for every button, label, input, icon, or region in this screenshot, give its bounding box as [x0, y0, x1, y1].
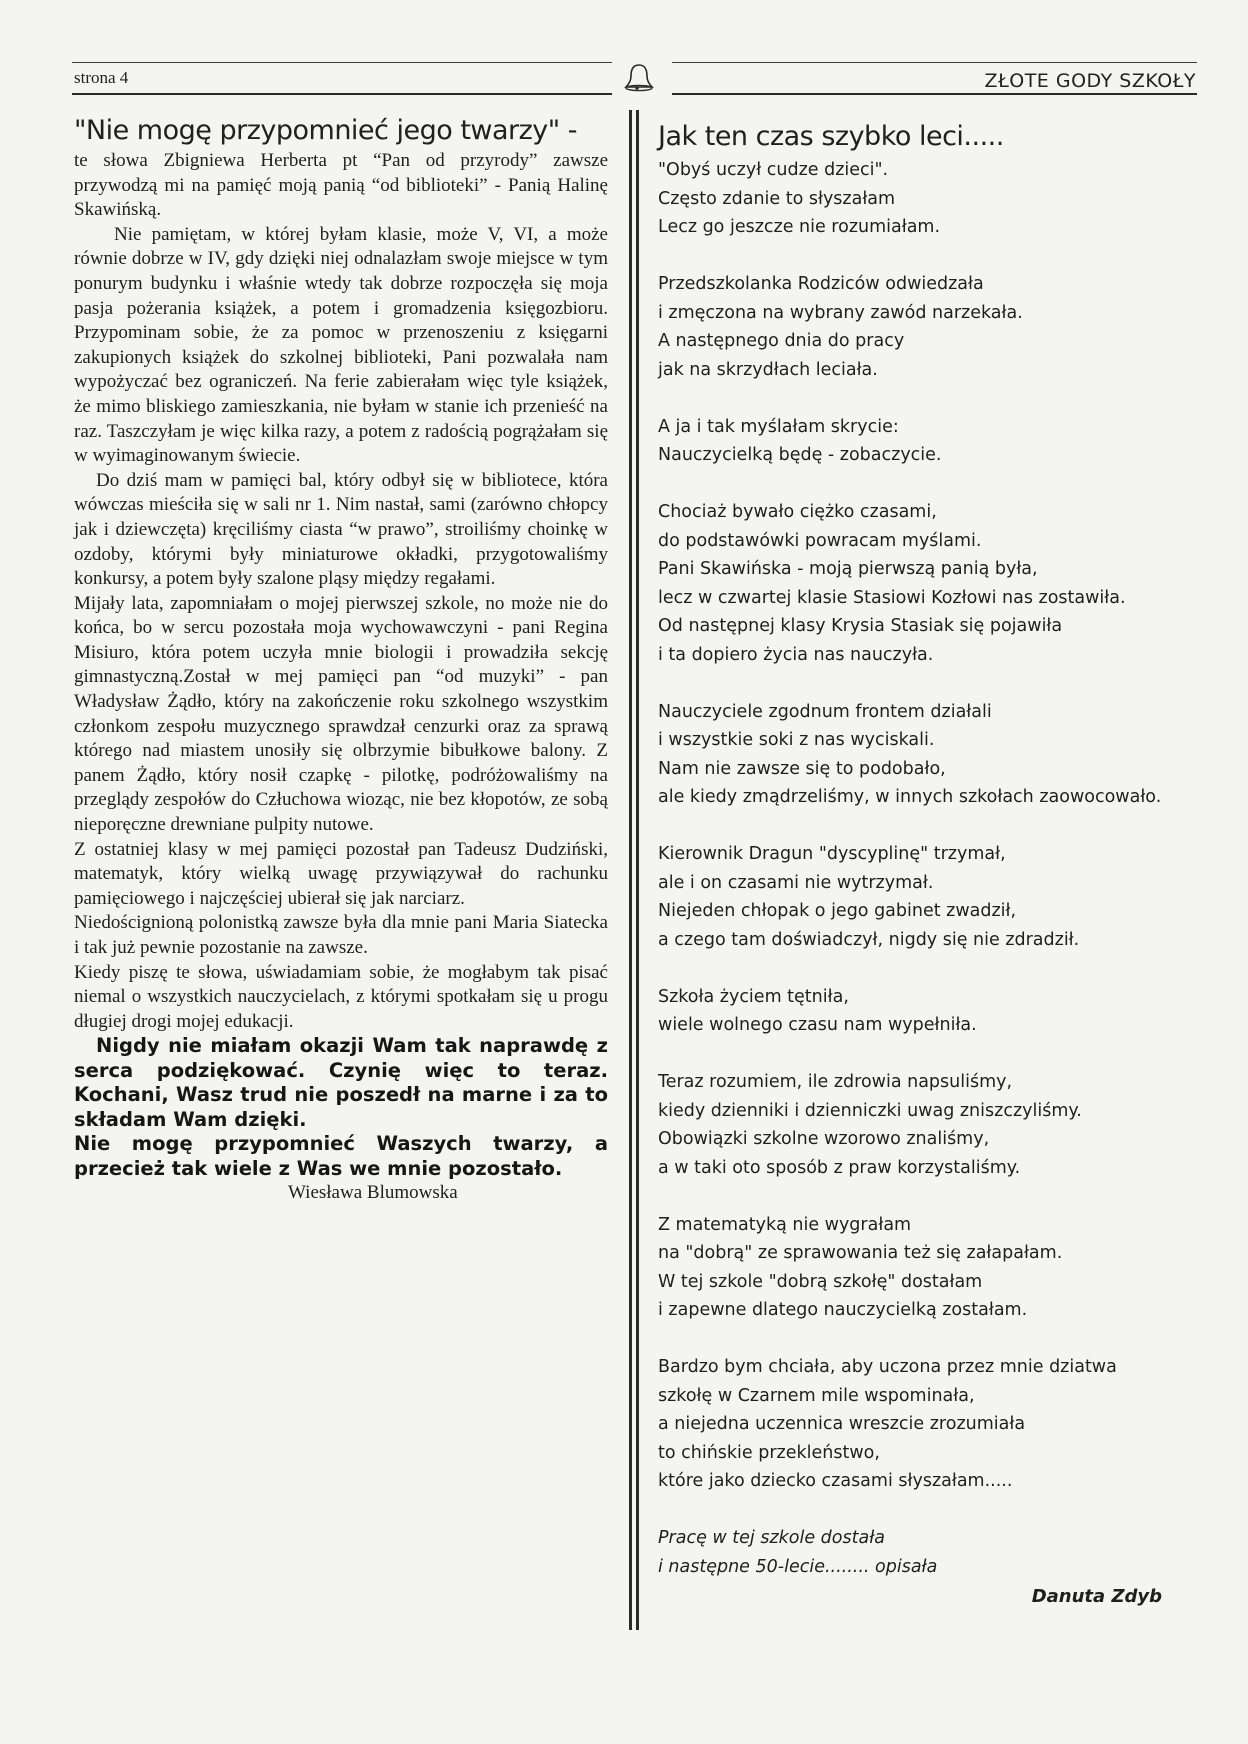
header-rule-top-right	[672, 62, 1197, 63]
poem-line: Teraz rozumiem, ile zdrowia napsuliśmy,	[658, 1068, 1218, 1097]
poem-stanza: "Obyś uczył cudze dzieci". Często zdanie…	[658, 156, 1218, 242]
poem-line: Szkoła życiem tętniła,	[658, 983, 1218, 1012]
article-closing-bold: Nie mogę przypomnieć Waszych twarzy, a p…	[74, 1132, 608, 1181]
poem-stanza: Nauczyciele zgodnum frontem działali i w…	[658, 698, 1218, 812]
poem-line: ale i on czasami nie wytrzymał.	[658, 869, 1218, 898]
article-closing-bold: Nigdy nie miałam okazji Wam tak naprawdę…	[74, 1034, 608, 1132]
poem-line: które jako dziecko czasami słyszałam....…	[658, 1467, 1218, 1496]
poem-line: to chińskie przekleństwo,	[658, 1439, 1218, 1468]
poem-line: Często zdanie to słyszałam	[658, 185, 1218, 214]
article-paragraph: te słowa Zbigniewa Herberta pt “Pan od p…	[74, 149, 608, 223]
poem-line: szkołę w Czarnem mile wspominała,	[658, 1382, 1218, 1411]
left-article: "Nie mogę przypomnieć jego twarzy" - te …	[74, 113, 608, 1206]
poem-line: a czego tam doświadczył, nigdy się nie z…	[658, 926, 1218, 955]
poem-closing-line: Pracę w tej szkole dostała	[658, 1524, 1218, 1553]
poem-line: W tej szkole "dobrą szkołę" dostałam	[658, 1268, 1218, 1297]
page-number: 4	[120, 68, 129, 87]
poem-line: Chociaż bywało ciężko czasami,	[658, 498, 1218, 527]
header-rule-bottom-left	[72, 93, 612, 95]
poem-line: Od następnej klasy Krysia Stasiak się po…	[658, 612, 1218, 641]
poem-line: A ja i tak myślałam skrycie:	[658, 413, 1218, 442]
poem-stanza: Przedszkolanka Rodziców odwiedzała i zmę…	[658, 270, 1218, 384]
publication-title: ZŁOTE GODY SZKOŁY	[985, 70, 1196, 92]
poem-line: a niejedna uczennica wreszcie zrozumiała	[658, 1410, 1218, 1439]
poem-stanza: Bardzo bym chciała, aby uczona przez mni…	[658, 1353, 1218, 1496]
poem-line: Lecz go jeszcze nie rozumiałam.	[658, 213, 1218, 242]
poem-line: kiedy dzienniki i dzienniczki uwag znisz…	[658, 1097, 1218, 1126]
newspaper-page: strona 4 ZŁOTE GODY SZKOŁY "Nie mogę prz…	[0, 0, 1248, 1744]
article-paragraph: Niedoścignioną polonistką zawsze była dl…	[74, 911, 608, 960]
poem-line: i zapewne dlatego nauczycielką zostałam.	[658, 1296, 1218, 1325]
poem-line: wiele wolnego czasu nam wypełniła.	[658, 1011, 1218, 1040]
poem-line: Kierownik Dragun "dyscyplinę" trzymał,	[658, 840, 1218, 869]
poem-stanza: Chociaż bywało ciężko czasami, do podsta…	[658, 498, 1218, 669]
poem-stanza: Z matematyką nie wygrałam na "dobrą" ze …	[658, 1211, 1218, 1325]
page-number-label: strona 4	[74, 68, 128, 88]
poem-line: jak na skrzydłach leciała.	[658, 356, 1218, 385]
poem-line: Przedszkolanka Rodziców odwiedzała	[658, 270, 1218, 299]
bell-icon	[622, 62, 656, 94]
poem-line: na "dobrą" ze sprawowania też się załapa…	[658, 1239, 1218, 1268]
poem-line: Pani Skawińska - moją pierwszą panią był…	[658, 555, 1218, 584]
poem-line: i ta dopiero życia nas nauczyła.	[658, 641, 1218, 670]
article-paragraph: Nie pamiętam, w której byłam klasie, moż…	[74, 223, 608, 469]
poem-line: a w taki oto sposób z praw korzystaliśmy…	[658, 1154, 1218, 1183]
poem-line: Nauczycielką będę - zobaczycie.	[658, 441, 1218, 470]
right-poem: Jak ten czas szybko leci..... "Obyś uczy…	[658, 120, 1218, 1612]
poem-line: lecz w czwartej klasie Stasiowi Kozłowi …	[658, 584, 1218, 613]
column-divider	[629, 110, 639, 1630]
header-rule-bottom-right	[672, 93, 1197, 95]
poem-line: i zmęczona na wybrany zawód narzekała.	[658, 299, 1218, 328]
article-paragraph: Kiedy piszę te słowa, uświadamiam sobie,…	[74, 961, 608, 1035]
poem-line: Obowiązki szkolne wzorowo znaliśmy,	[658, 1125, 1218, 1154]
poem-line: do podstawówki powracam myślami.	[658, 527, 1218, 556]
page-label-text: strona	[74, 68, 116, 87]
poem-line: A następnego dnia do pracy	[658, 327, 1218, 356]
article-author: Wiesława Blumowska	[74, 1181, 608, 1206]
poem-line: Z matematyką nie wygrałam	[658, 1211, 1218, 1240]
article-paragraph: Do dziś mam w pamięci bal, który odbył s…	[74, 469, 608, 592]
poem-stanza: A ja i tak myślałam skrycie: Nauczycielk…	[658, 413, 1218, 470]
poem-stanza: Kierownik Dragun "dyscyplinę" trzymał, a…	[658, 840, 1218, 954]
poem-line: Nam nie zawsze się to podobało,	[658, 755, 1218, 784]
header-rule-top-left	[72, 62, 612, 63]
poem-line: Bardzo bym chciała, aby uczona przez mni…	[658, 1353, 1218, 1382]
poem-line: i wszystkie soki z nas wyciskali.	[658, 726, 1218, 755]
poem-closing: Pracę w tej szkole dostała i następne 50…	[658, 1524, 1218, 1581]
poem-title: Jak ten czas szybko leci.....	[658, 120, 1218, 154]
article-paragraph: Mijały lata, zapomniałam o mojej pierwsz…	[74, 592, 608, 838]
poem-author: Danuta Zdyb	[658, 1583, 1162, 1612]
poem-line: ale kiedy zmądrzeliśmy, w innych szkołac…	[658, 783, 1218, 812]
poem-line: Nauczyciele zgodnum frontem działali	[658, 698, 1218, 727]
poem-line: Niejeden chłopak o jego gabinet zwadził,	[658, 897, 1218, 926]
article-paragraph: Z ostatniej klasy w mej pamięci pozostał…	[74, 838, 608, 912]
poem-stanza: Szkoła życiem tętniła, wiele wolnego cza…	[658, 983, 1218, 1040]
poem-stanza: Teraz rozumiem, ile zdrowia napsuliśmy, …	[658, 1068, 1218, 1182]
poem-closing-line: i następne 50-lecie........ opisała	[658, 1553, 1218, 1582]
poem-line: "Obyś uczył cudze dzieci".	[658, 156, 1218, 185]
article-title: "Nie mogę przypomnieć jego twarzy" -	[74, 113, 608, 149]
